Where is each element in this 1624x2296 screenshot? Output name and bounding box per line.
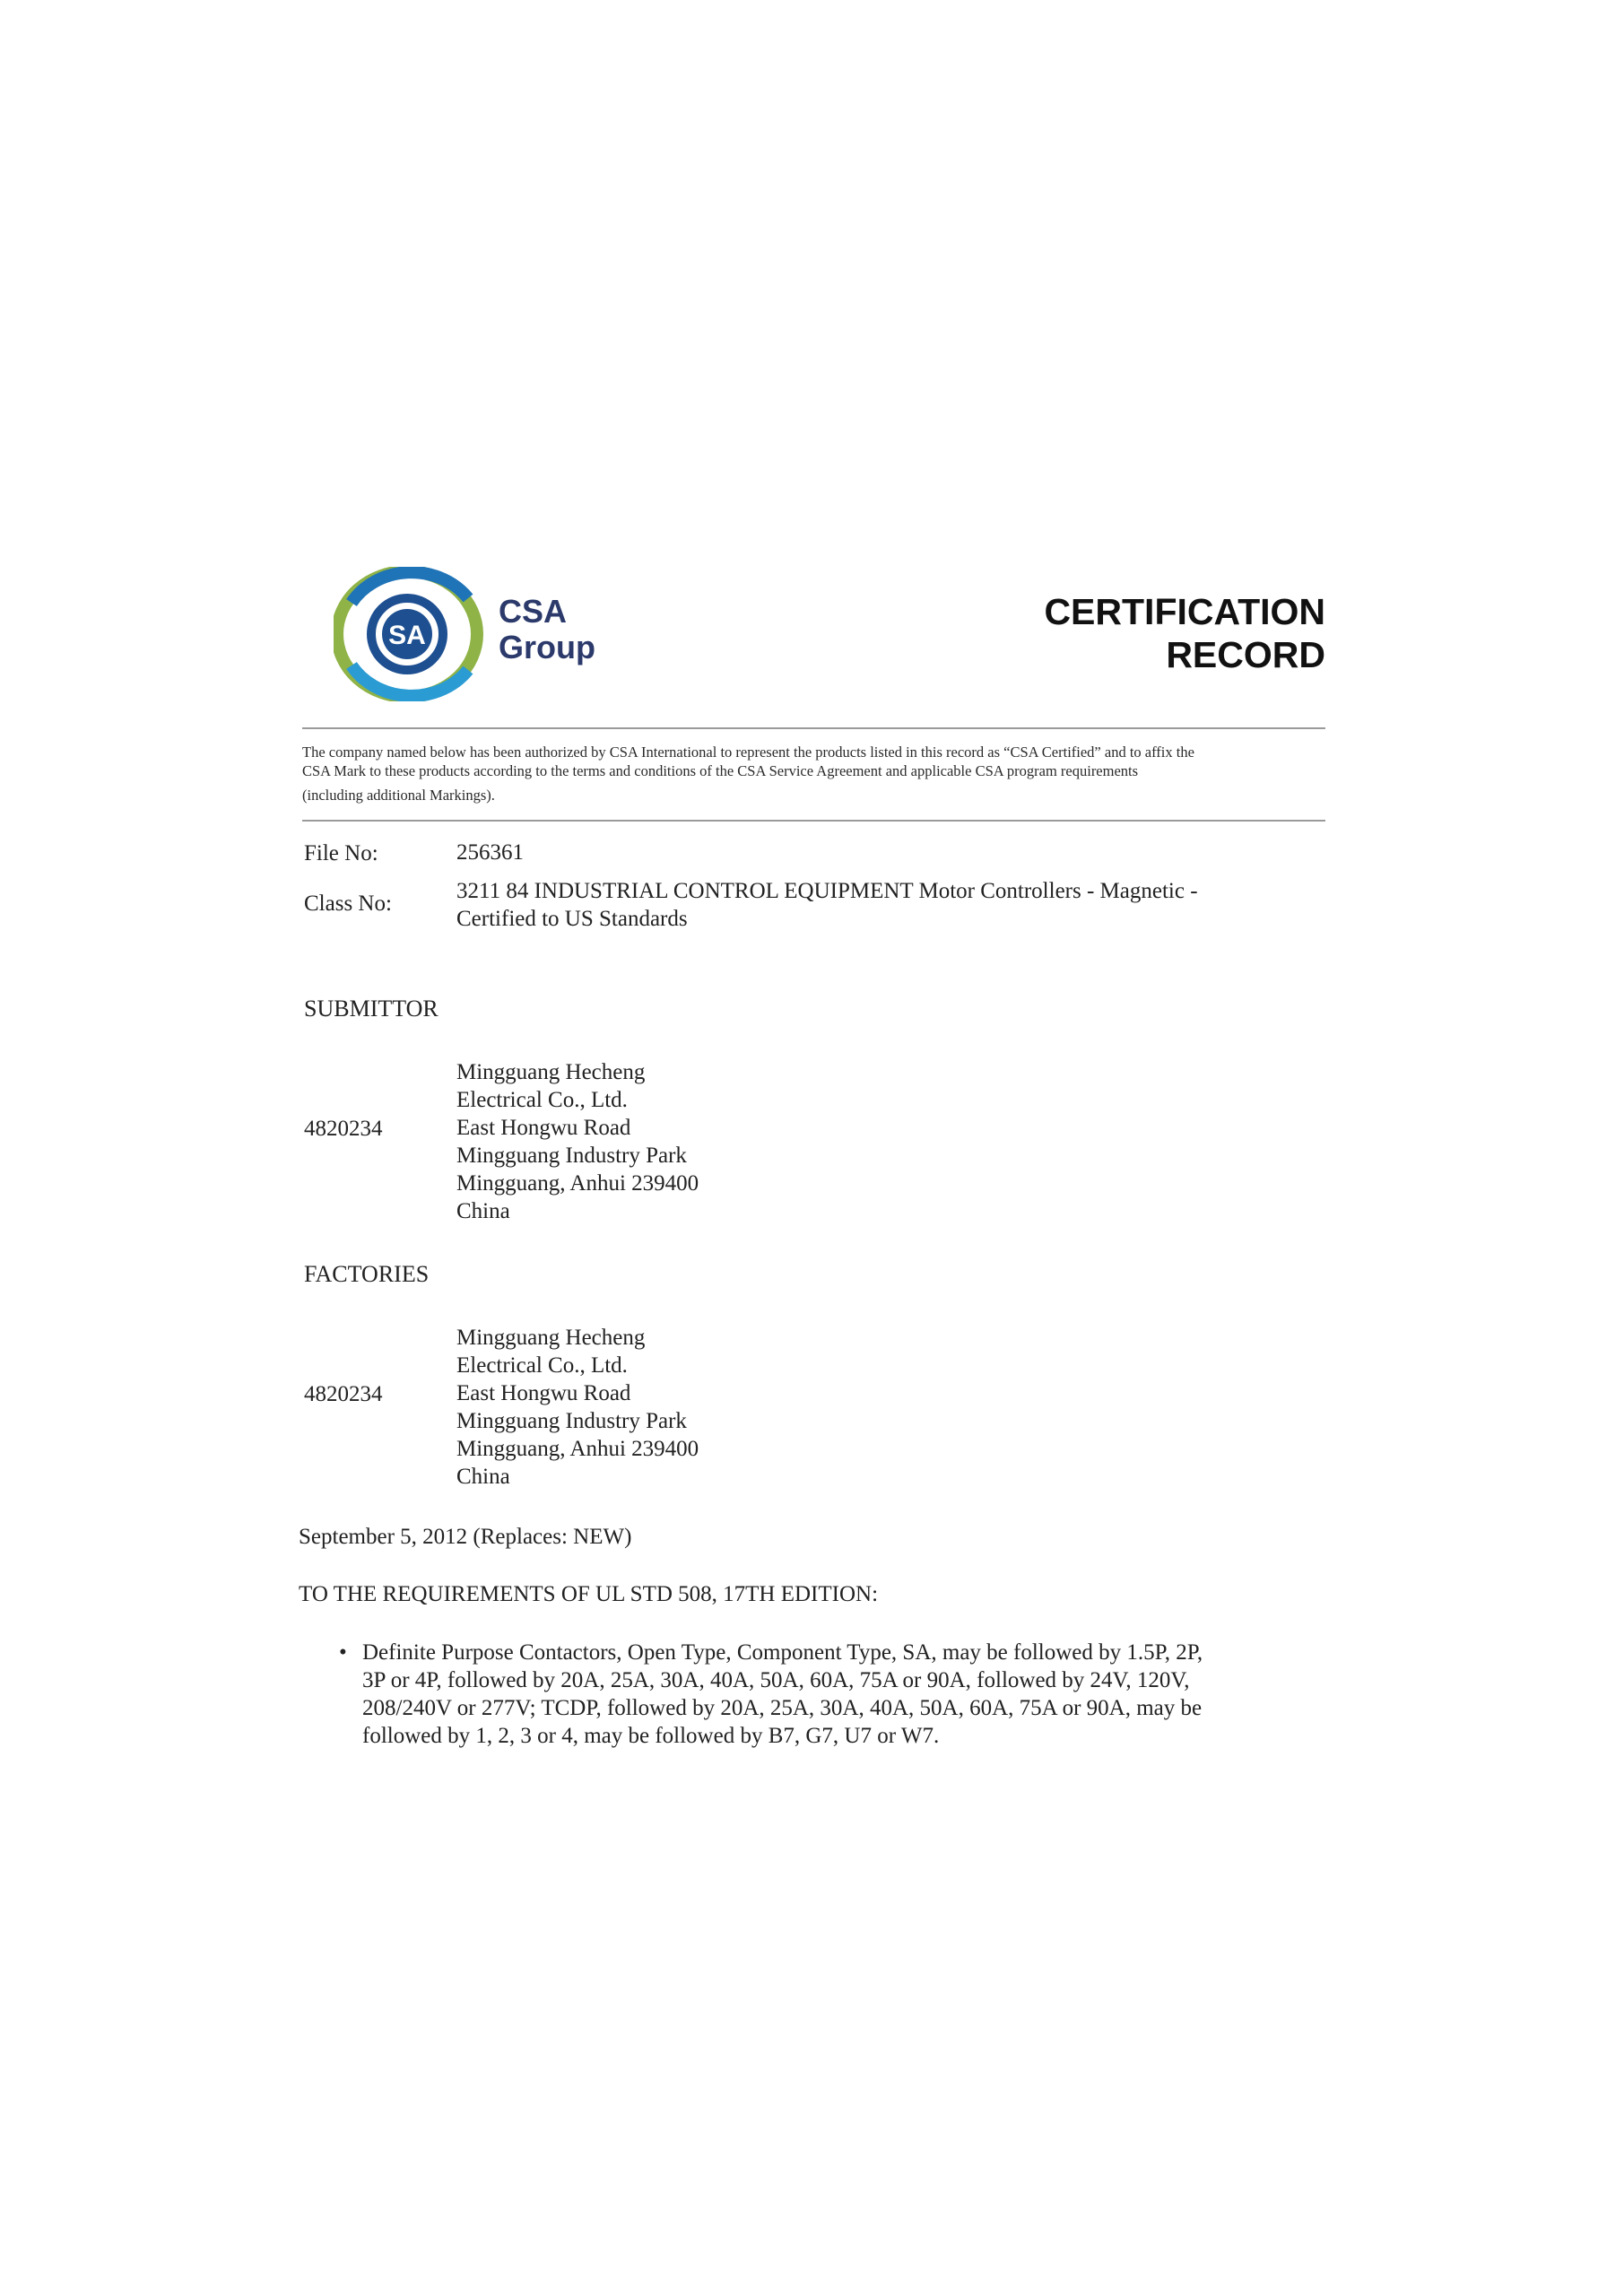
title-line-1: CERTIFICATION — [1044, 590, 1325, 633]
address-line: Mingguang, Anhui 239400 — [456, 1170, 699, 1197]
address-line: Electrical Co., Ltd. — [456, 1086, 699, 1114]
logo-wordmark: CSA Group — [499, 594, 595, 665]
logo-text-csa: CSA — [499, 594, 595, 630]
file-no-value: 256361 — [456, 839, 524, 866]
requirements-heading: TO THE REQUIREMENTS OF UL STD 508, 17TH … — [299, 1582, 878, 1607]
description-line: Definite Purpose Contactors, Open Type, … — [362, 1639, 1334, 1666]
class-no-line-1: 3211 84 INDUSTRIAL CONTROL EQUIPMENT Mot… — [456, 877, 1198, 905]
product-description: Definite Purpose Contactors, Open Type, … — [362, 1639, 1334, 1750]
title-line-2: RECORD — [1044, 633, 1325, 676]
class-no-value: 3211 84 INDUSTRIAL CONTROL EQUIPMENT Mot… — [456, 877, 1198, 933]
submittor-code: 4820234 — [304, 1117, 383, 1142]
intro-line-1: The company named below has been authori… — [302, 743, 1329, 761]
document-title: CERTIFICATION RECORD — [1044, 590, 1325, 676]
address-line: China — [456, 1463, 699, 1491]
description-line: 208/240V or 277V; TCDP, followed by 20A,… — [362, 1694, 1334, 1722]
address-line: Mingguang Hecheng — [456, 1324, 699, 1352]
product-list-item: • Definite Purpose Contactors, Open Type… — [339, 1639, 1334, 1750]
address-line: East Hongwu Road — [456, 1379, 699, 1407]
address-line: Mingguang Industry Park — [456, 1142, 699, 1170]
factories-address: Mingguang Hecheng Electrical Co., Ltd. E… — [456, 1324, 699, 1491]
description-line: 3P or 4P, followed by 20A, 25A, 30A, 40A… — [362, 1666, 1334, 1694]
svg-text:SA: SA — [388, 621, 426, 650]
class-no-line-2: Certified to US Standards — [456, 905, 1198, 933]
divider-bottom — [302, 820, 1325, 822]
submittor-heading: SUBMITTOR — [304, 996, 439, 1022]
issue-date: September 5, 2012 (Replaces: NEW) — [299, 1525, 631, 1550]
intro-line-3: (including additional Markings). — [302, 786, 1329, 804]
description-line: followed by 1, 2, 3 or 4, may be followe… — [362, 1722, 1334, 1750]
certification-record-page: SA CSA Group CERTIFICATION RECORD The co… — [0, 0, 1624, 2296]
address-line: Mingguang, Anhui 239400 — [456, 1435, 699, 1463]
intro-paragraph: The company named below has been authori… — [302, 743, 1329, 804]
address-line: Electrical Co., Ltd. — [456, 1352, 699, 1379]
intro-line-2: CSA Mark to these products according to … — [302, 761, 1329, 780]
logo-text-group: Group — [499, 630, 595, 665]
factories-code: 4820234 — [304, 1382, 383, 1407]
factories-heading: FACTORIES — [304, 1261, 429, 1288]
bullet-icon: • — [339, 1639, 347, 1666]
address-line: Mingguang Hecheng — [456, 1058, 699, 1086]
submittor-address: Mingguang Hecheng Electrical Co., Ltd. E… — [456, 1058, 699, 1225]
address-line: China — [456, 1197, 699, 1225]
class-no-label: Class No: — [304, 891, 392, 917]
file-no-label: File No: — [304, 841, 378, 866]
address-line: East Hongwu Road — [456, 1114, 699, 1142]
divider-top — [302, 727, 1325, 729]
address-line: Mingguang Industry Park — [456, 1407, 699, 1435]
